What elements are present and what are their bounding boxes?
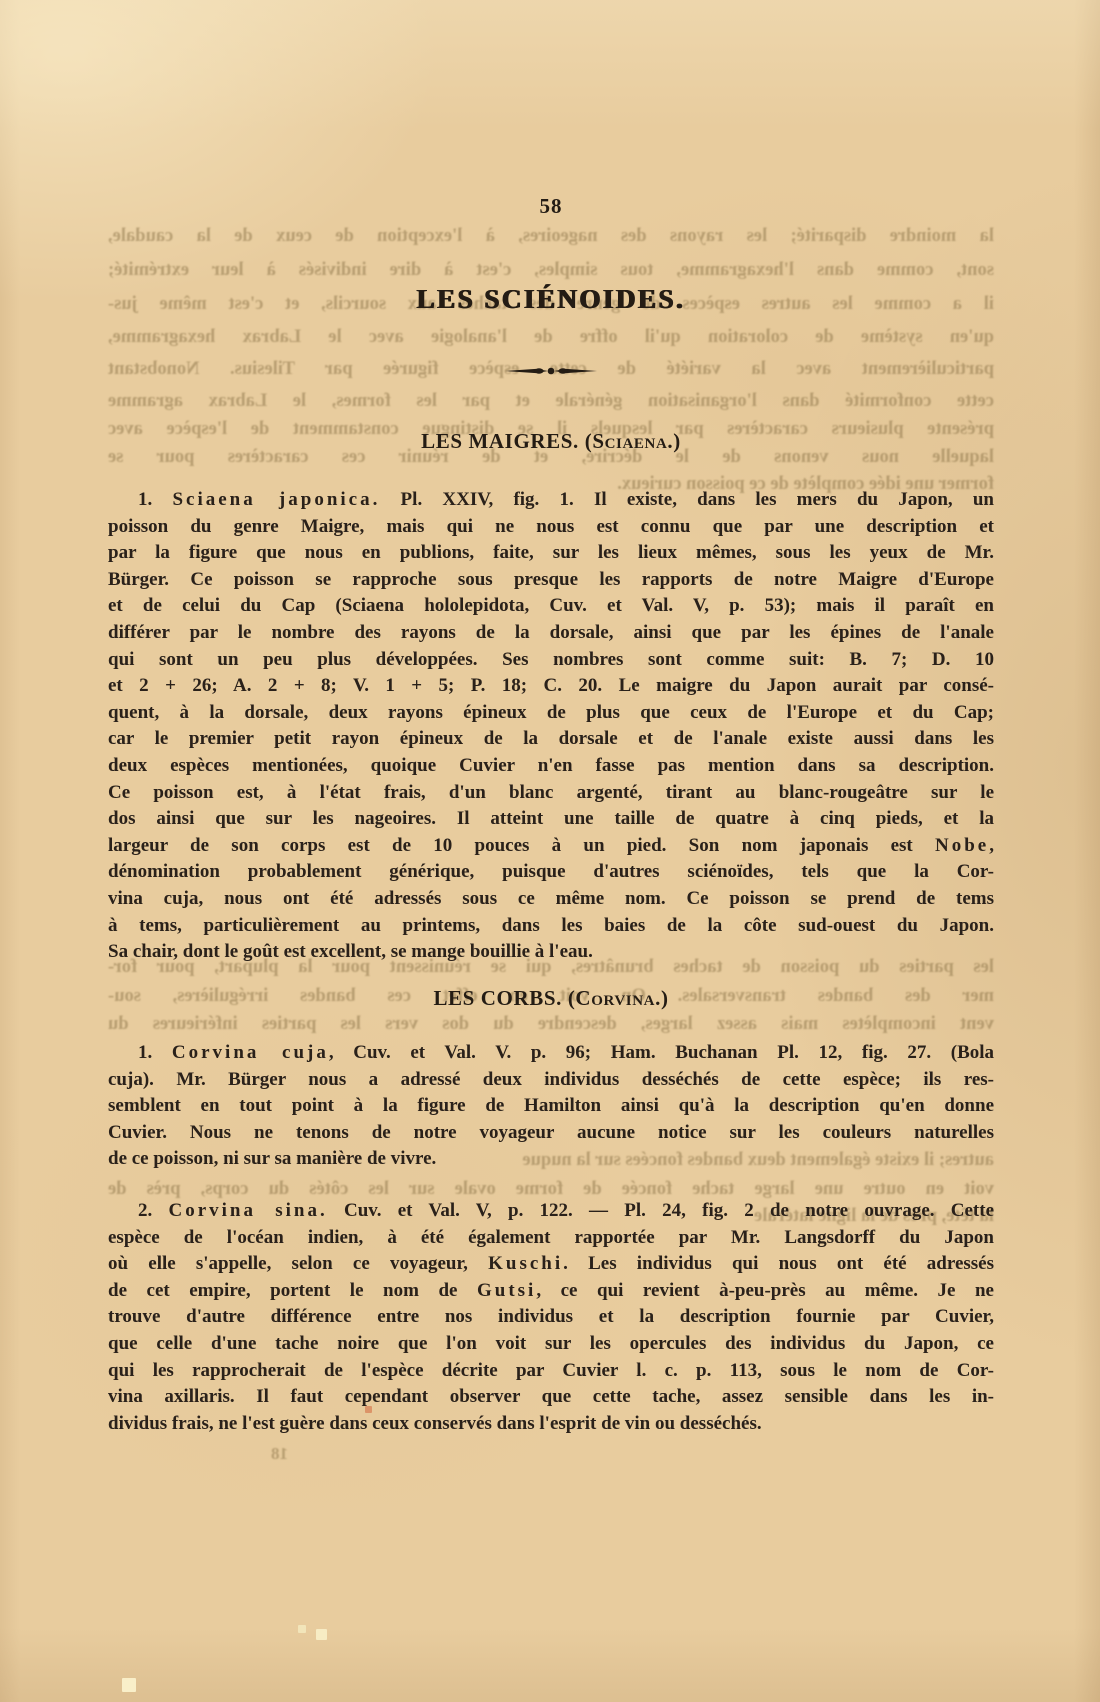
species-name: Corvina sina. [169,1200,328,1221]
heading-main: LES MAIGRES. [421,429,579,453]
text-line: où elle s'appelle, selon ce voyageur, Ku… [108,1251,994,1278]
text-line: semblent en tout point à la figure de Ha… [108,1093,994,1120]
text-line: Bürger. Ce poisson se rapproche sous pre… [108,567,994,594]
text-line: qui les rapprocherait de l'espèce décrit… [108,1358,994,1385]
paper-speck [316,1629,327,1640]
text-line: Ce poisson est, à l'état frais, d'un bla… [108,780,994,807]
paragraph: 2. Corvina sina. Cuv. et Val. V, p. 122.… [108,1198,994,1437]
text-line: vina cuja, nous ont été adressés sous ce… [108,886,994,913]
text-line: 2. Corvina sina. Cuv. et Val. V, p. 122.… [108,1198,994,1225]
page-title: LES SCIÉNOIDES. [108,284,994,315]
bleedthrough-line: cette conformité dans l'organisation gén… [108,391,994,417]
text-line: qui sont un peu plus développées. Ses no… [108,647,994,674]
text-line: dividus frais, ne l'est guère dans ceux … [108,1411,994,1438]
bleedthrough-line: la moindre disparité; les rayons des nag… [108,226,994,252]
text-line: deux espèces mentionées, quoique Cuvier … [108,753,994,780]
species-name: Kuschi [488,1253,563,1274]
bleedthrough-line: 18 [228,1444,288,1470]
text-line: de cet empire, portent le nom de Gutsi, … [108,1278,994,1305]
species-name: Corvina cuja [172,1042,329,1063]
page-number: 58 [108,194,994,219]
text-line: que celle d'une tache noire que l'on voi… [108,1331,994,1358]
section-divider [108,364,994,382]
text-line: 1. Corvina cuja, Cuv. et Val. V. p. 96; … [108,1040,994,1067]
text-line: et 2 + 26; A. 2 + 8; V. 1 + 5; P. 18; C.… [108,673,994,700]
text-line: Sa chair, dont le goût est excellent, se… [108,939,994,966]
spindle-ornament-icon [505,365,597,377]
heading-main: LES CORBS. [433,986,562,1010]
text-line: cuja). Mr. Bürger nous a adressé deux in… [108,1067,994,1094]
paragraph: 1. Corvina cuja, Cuv. et Val. V. p. 96; … [108,1040,994,1173]
text-line: trouve d'autre différence entre nos indi… [108,1304,994,1331]
species-name: Gutsi [477,1280,536,1301]
text-line: largeur de son corps est de 10 pouces à … [108,833,994,860]
paragraph: 1. Sciaena japonica. Pl. XXIV, fig. 1. I… [108,487,994,966]
text-line: de ce poisson, ni sur sa manière de vivr… [108,1146,994,1173]
text-line: Cuvier. Nous ne tenons de notre voyageur… [108,1120,994,1147]
text-line: espèce de l'océan indien, à été égalemen… [108,1225,994,1252]
heading-genus: (Sciaena.) [579,429,681,453]
text-line: à tems, particulièrement au printems, da… [108,913,994,940]
text-line: et de celui du Cap (Sciaena hololepidota… [108,593,994,620]
bleedthrough-line: sont, comme dans l'hexagramme, tous simp… [108,260,994,286]
text-line: car le premier petit rayon épineux de la… [108,726,994,753]
text-line: par la figure que nous en publions, fait… [108,540,994,567]
bleedthrough-line: qu'en système de coloration qu'il offre … [108,327,994,353]
text-line: poisson du genre Maigre, mais qui ne nou… [108,514,994,541]
text-line: dos ainsi que sur les nageoires. Il atte… [108,806,994,833]
bleedthrough-line: vent incomplètes mais assez larges, desc… [108,1014,994,1040]
species-group-heading: LES MAIGRES. (Sciaena.) [108,429,994,454]
text-line: différer par le nombre des rayons de la … [108,620,994,647]
species-name: Nobe [935,835,989,856]
text-line: vina axillaris. Il faut cependant observ… [108,1384,994,1411]
text-line: quent, à la dorsale, deux rayons épineux… [108,700,994,727]
text-line: 1. Sciaena japonica. Pl. XXIV, fig. 1. I… [108,487,994,514]
heading-genus: (Corvina.) [562,986,669,1010]
paper-speck [298,1625,306,1633]
species-name: Sciaena japonica. [172,489,380,510]
scanned-book-page: la moindre disparité; les rayons des nag… [0,0,1100,1702]
paper-speck [365,1406,372,1413]
text-line: dénomination probablement générique, pui… [108,859,994,886]
species-group-heading: LES CORBS. (Corvina.) [108,986,994,1011]
paper-speck [122,1678,136,1692]
